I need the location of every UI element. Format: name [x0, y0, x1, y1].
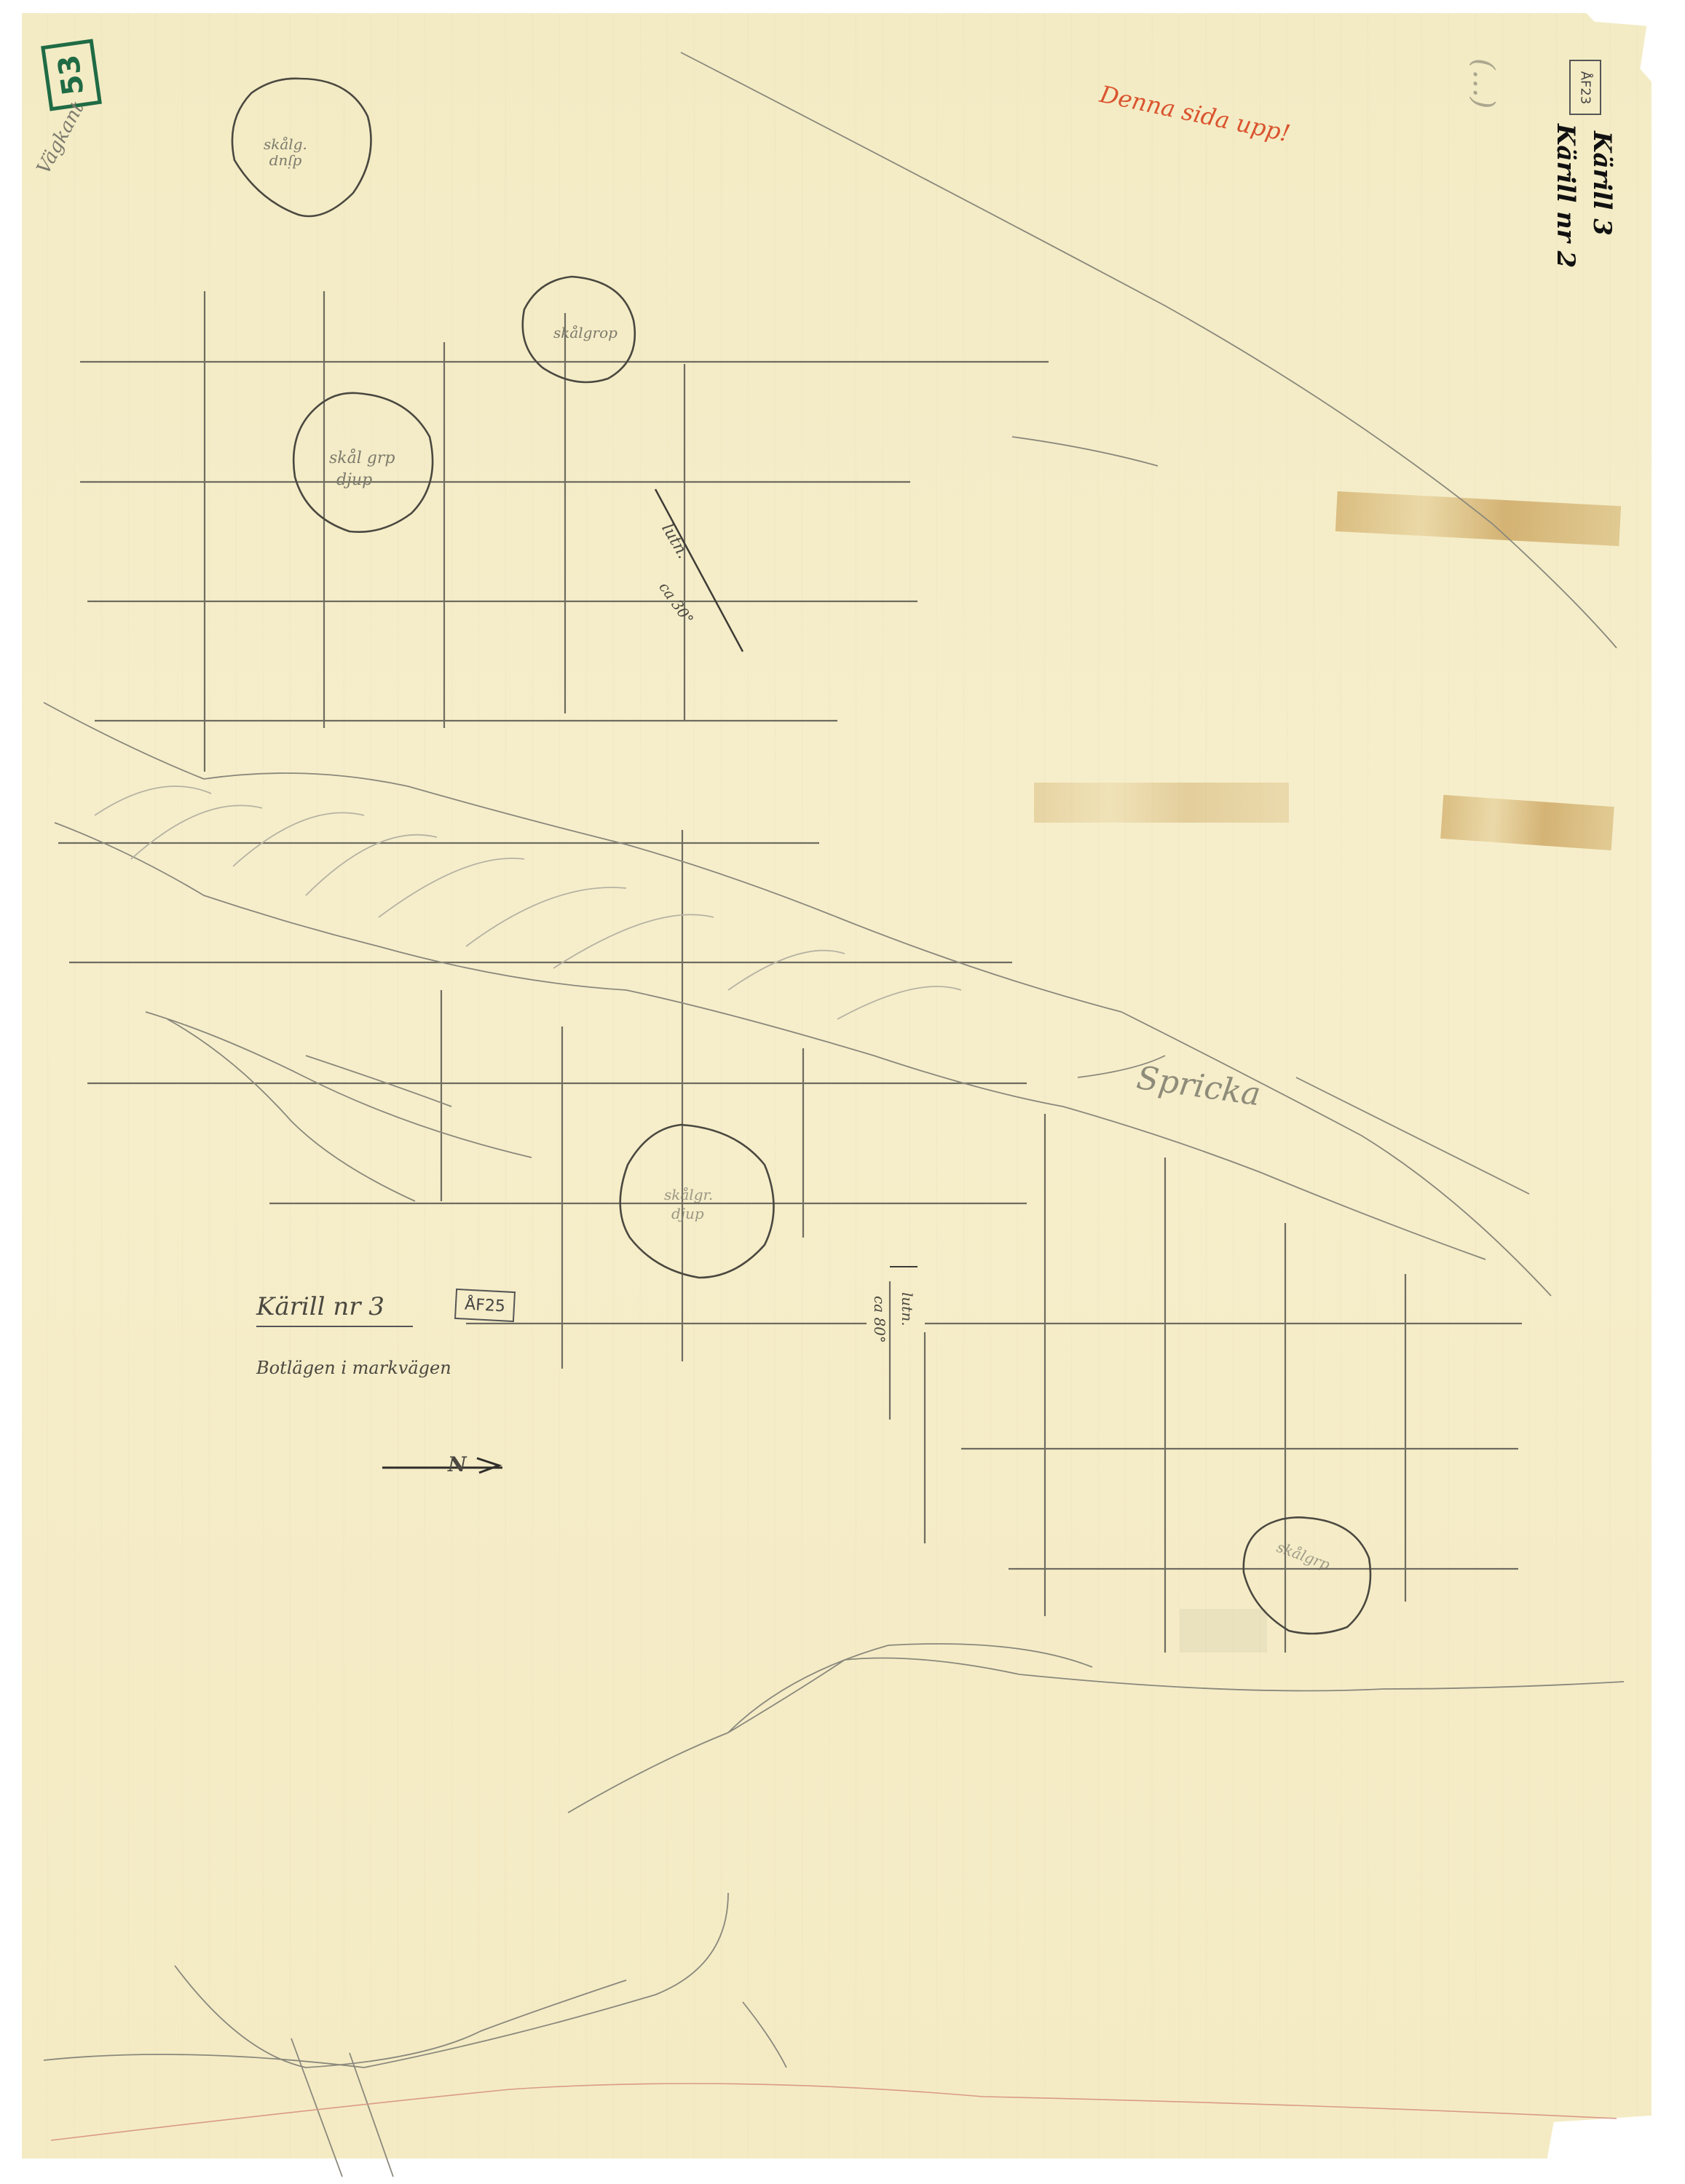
- slope-value-80: ca 80°: [871, 1296, 888, 1343]
- subtitle-label: Botlägen i markvägen: [256, 1358, 451, 1378]
- cup-mark-5: [1244, 1517, 1370, 1634]
- title-label: Kärill nr 3: [256, 1292, 413, 1327]
- top-right-box: ÅF23: [1569, 60, 1601, 115]
- catalog-stamp-number: 53: [52, 52, 90, 98]
- north-arrow-icon: [382, 1458, 502, 1473]
- cup-mark-label: skålg. djup: [264, 135, 307, 173]
- slope-line-30: [655, 489, 743, 652]
- grid-lines: [58, 291, 1522, 1653]
- cup-mark-label: skålgr. djup: [664, 1185, 713, 1223]
- contour-lines: [44, 52, 1624, 2177]
- cup-mark-label: skål grp djup: [329, 448, 395, 491]
- north-arrow-label: N: [448, 1452, 467, 1476]
- top-right-ink-label-2: Kärill nr 2: [1551, 124, 1580, 268]
- title-box: ÅF25: [454, 1289, 516, 1322]
- red-baseline: [51, 2084, 1617, 2140]
- top-right-ink-label-1: Kärill 3: [1587, 131, 1617, 236]
- cup-mark-circles: [232, 79, 1370, 1634]
- top-right-pencil-note: (...): [1467, 58, 1500, 108]
- slope-label-80: lutn.: [899, 1292, 916, 1326]
- cup-mark-label: skålgrop: [553, 324, 617, 341]
- drawing-canvas: [0, 0, 1685, 2184]
